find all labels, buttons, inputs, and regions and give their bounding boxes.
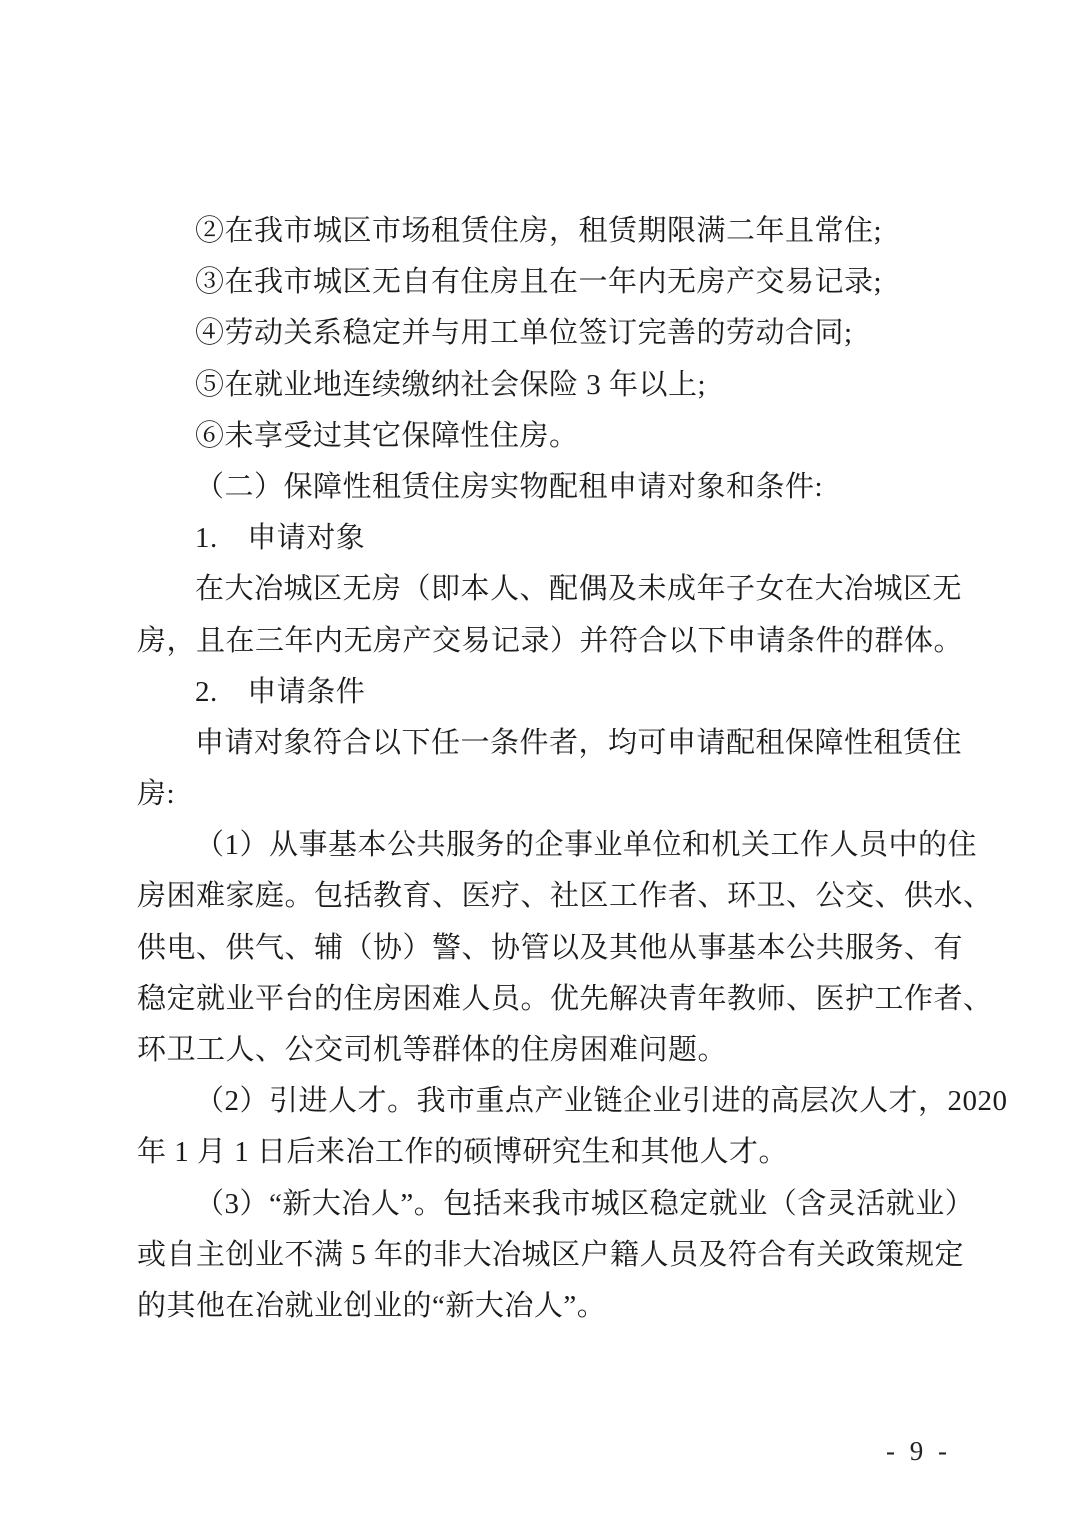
- text-line: 环卫工人、公交司机等群体的住房困难问题。: [137, 1025, 1017, 1076]
- text-line: 1. 申请对象: [137, 513, 1017, 564]
- text-line: ⑤在就业地连续缴纳社会保险 3 年以上;: [137, 360, 1017, 411]
- document-body: ②在我市城区市场租赁住房，租赁期限满二年且常住;③在我市城区无自有住房且在一年内…: [137, 206, 1017, 1332]
- text-line: ③在我市城区无自有住房且在一年内无房产交易记录;: [137, 257, 1017, 308]
- text-line: 年 1 月 1 日后来冶工作的硕博研究生和其他人才。: [137, 1127, 1017, 1178]
- text-line: 稳定就业平台的住房困难人员。优先解决青年教师、医护工作者、: [137, 974, 1017, 1025]
- text-line: 或自主创业不满 5 年的非大冶城区户籍人员及符合有关政策规定: [137, 1230, 1017, 1281]
- text-line: ⑥未享受过其它保障性住房。: [137, 411, 1017, 462]
- text-line: （1）从事基本公共服务的企事业单位和机关工作人员中的住: [137, 820, 1017, 871]
- text-line: 房，且在三年内无房产交易记录）并符合以下申请条件的群体。: [137, 616, 1017, 667]
- text-line: 房:: [137, 769, 1017, 820]
- text-line: 的其他在冶就业创业的“新大冶人”。: [137, 1281, 1017, 1332]
- text-line: 供电、供气、辅（协）警、协管以及其他从事基本公共服务、有: [137, 923, 1017, 974]
- document-page: ②在我市城区市场租赁住房，租赁期限满二年且常住;③在我市城区无自有住房且在一年内…: [0, 0, 1074, 1520]
- text-line: 在大冶城区无房（即本人、配偶及未成年子女在大冶城区无: [137, 564, 1017, 615]
- text-line: ④劳动关系稳定并与用工单位签订完善的劳动合同;: [137, 308, 1017, 359]
- text-line: 申请对象符合以下任一条件者，均可申请配租保障性租赁住: [137, 718, 1017, 769]
- text-line: （二）保障性租赁住房实物配租申请对象和条件:: [137, 462, 1017, 513]
- text-line: （3）“新大冶人”。包括来我市城区稳定就业（含灵活就业）: [137, 1179, 1017, 1230]
- text-line: 房困难家庭。包括教育、医疗、社区工作者、环卫、公交、供水、: [137, 871, 1017, 922]
- text-line: 2. 申请条件: [137, 667, 1017, 718]
- text-line: （2）引进人才。我市重点产业链企业引进的高层次人才，2020: [137, 1076, 1017, 1127]
- text-line: ②在我市城区市场租赁住房，租赁期限满二年且常住;: [137, 206, 1017, 257]
- page-number: - 9 -: [886, 1436, 951, 1466]
